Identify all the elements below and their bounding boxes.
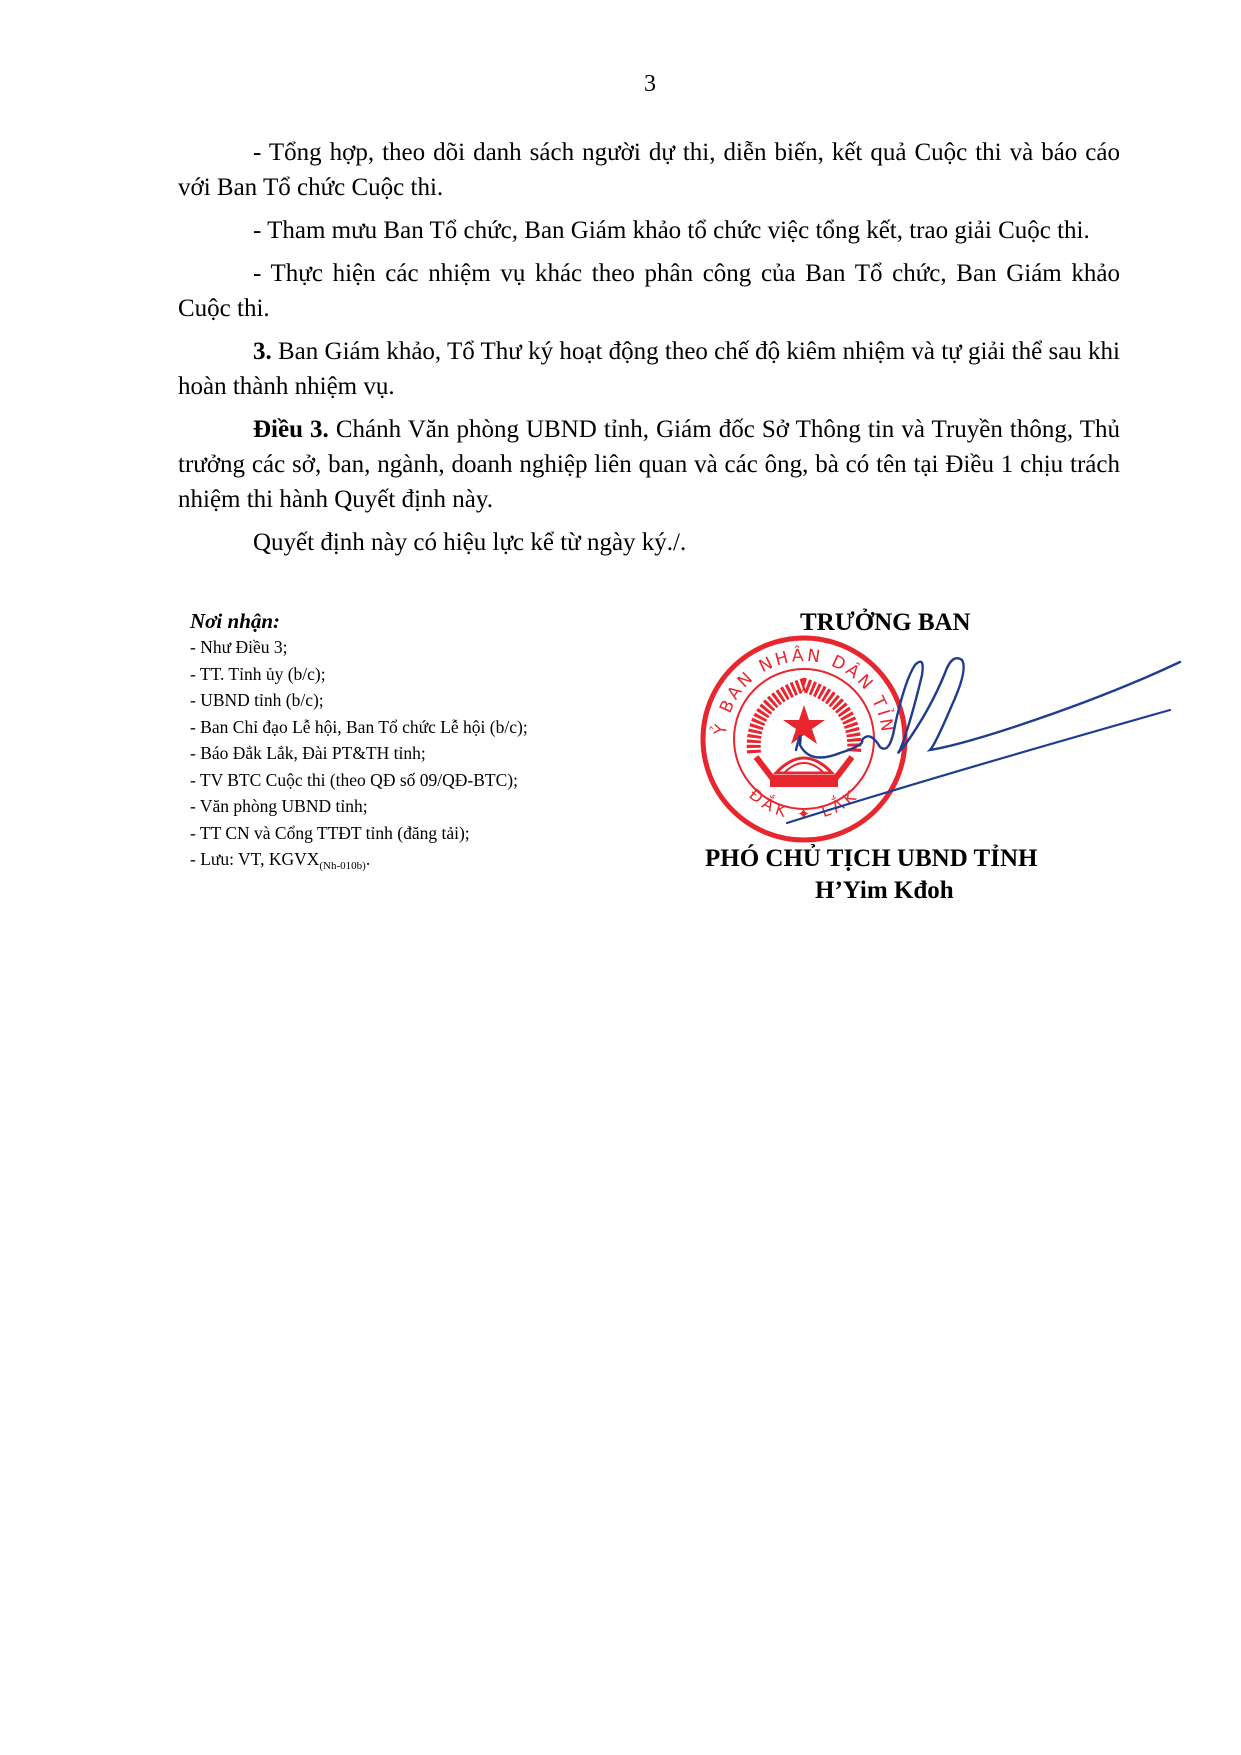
clause-number: 3. [253,338,272,365]
paragraph-article-3: Điều 3. Chánh Văn phòng UBND tỉnh, Giám … [178,412,1120,517]
recipients-block: Nơi nhận: - Như Điều 3; - TT. Tỉnh ủy (b… [190,608,650,880]
article-heading: Điều 3. [253,416,329,443]
recipients-title: Nơi nhận: [190,608,650,634]
paragraph-effective-date: Quyết định này có hiệu lực kể từ ngày ký… [178,525,1120,560]
document-body: - Tổng hợp, theo dõi danh sách người dự … [178,135,1120,568]
recipient-archive: - Lưu: VT, KGVX(Nh-010b). [190,846,650,880]
recipient-item: - Ban Chỉ đạo Lễ hội, Ban Tổ chức Lễ hội… [190,714,650,741]
paragraph-summary-duty: - Tổng hợp, theo dõi danh sách người dự … [178,135,1120,205]
recipient-item: - TT CN và Cổng TTĐT tỉnh (đăng tải); [190,820,650,847]
paragraph-other-duties: - Thực hiện các nhiệm vụ khác theo phân … [178,256,1120,326]
recipient-item: - Như Điều 3; [190,634,650,661]
signatory-name: H’Yim Kđoh [815,877,954,905]
paragraph-advise-duty: - Tham mưu Ban Tổ chức, Ban Giám khảo tổ… [178,213,1120,248]
recipient-item: - Báo Đắk Lắk, Đài PT&TH tỉnh; [190,740,650,767]
signature-block: TRƯỞNG BAN UỶ BAN NHÂN DÂN TỈNH ĐẮK ✦ LẮ… [690,605,1210,915]
handwritten-signature-icon [690,605,1210,865]
recipient-item: - UBND tỉnh (b/c); [190,687,650,714]
recipient-item: - TV BTC Cuộc thi (theo QĐ số 09/QĐ-BTC)… [190,767,650,794]
paragraph-clause-3: 3. Ban Giám khảo, Tổ Thư ký hoạt động th… [178,334,1120,404]
recipient-item: - Văn phòng UBND tỉnh; [190,793,650,820]
page-number: 3 [0,70,1241,98]
recipient-item: - TT. Tỉnh ủy (b/c); [190,661,650,688]
